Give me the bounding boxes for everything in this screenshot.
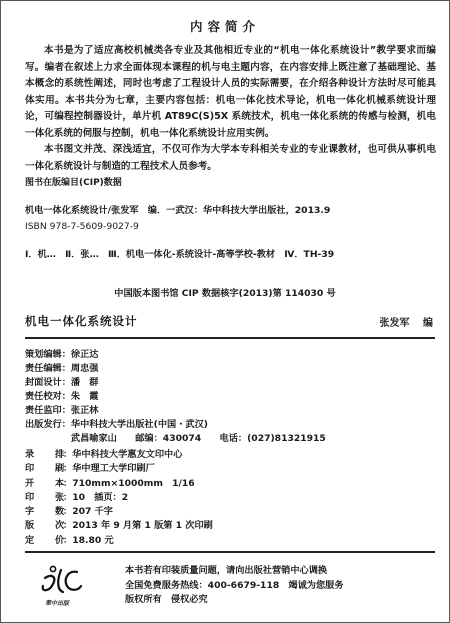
spec-separator: ： bbox=[63, 491, 72, 505]
spec-row: 定价：18.80 元 bbox=[25, 534, 213, 548]
divider bbox=[25, 551, 435, 553]
credit-row: 武昌喻家山 邮编：430074 电话：(027)81321915 bbox=[25, 432, 326, 446]
spec-row: 印张：10 插页：2 bbox=[25, 491, 213, 505]
spec-key: 次 bbox=[55, 519, 63, 533]
intro-body: 本书是为了适应高校机械类各专业及其他相近专业的“机电一体化系统设计”教学要求而编… bbox=[25, 43, 436, 175]
spec-separator: ： bbox=[63, 477, 72, 491]
intro-title: 内容简介 bbox=[1, 17, 449, 35]
cip-record: 机电一体化系统设计/张发军 编．一武汉：华中科技大学出版社，2013.9 bbox=[25, 202, 330, 216]
spec-key: 本 bbox=[55, 477, 63, 491]
spec-key: 印 bbox=[25, 491, 55, 505]
spec-value: 10 插页：2 bbox=[72, 491, 128, 505]
spec-key: 定 bbox=[25, 534, 55, 548]
spec-key: 刷 bbox=[55, 462, 63, 476]
spec-separator: ： bbox=[63, 534, 72, 548]
credit-row: 责任校对：朱 霞 bbox=[25, 390, 326, 404]
copyright-page: 内容简介 本书是为了适应高校机械类各专业及其他相近专业的“机电一体化系统设计”教… bbox=[0, 0, 450, 623]
credit-row: 责任监印：张正林 bbox=[25, 404, 326, 418]
intro-paragraph: 本书是为了适应高校机械类各专业及其他相近专业的“机电一体化系统设计”教学要求而编… bbox=[25, 43, 436, 142]
footer-notice: 本书若有印装质量问题，请向出版社营销中心调换 全国免费服务热线：400-6679… bbox=[125, 564, 344, 608]
spec-key: 字 bbox=[25, 505, 55, 519]
spec-key: 价 bbox=[55, 534, 63, 548]
spec-key: 开 bbox=[25, 477, 55, 491]
spec-key: 张 bbox=[55, 491, 63, 505]
spec-separator: ： bbox=[63, 448, 72, 462]
notice-line: 本书若有印装质量问题，请向出版社营销中心调换 bbox=[125, 564, 344, 579]
spec-value: 华中理工大学印刷厂 bbox=[72, 462, 155, 476]
credit-row: 策划编辑：徐正达 bbox=[25, 348, 326, 362]
spec-value: 18.80 元 bbox=[72, 534, 113, 548]
notice-line: 全国免费服务热线：400-6679-118 竭诚为您服务 bbox=[125, 579, 344, 594]
spec-key: 录 bbox=[25, 448, 55, 462]
spec-row: 开本：710mm×1000mm 1/16 bbox=[25, 477, 213, 491]
hust-press-logo-icon bbox=[39, 564, 89, 598]
spec-value: 710mm×1000mm 1/16 bbox=[72, 477, 194, 491]
spec-key: 印 bbox=[25, 462, 55, 476]
logo-caption: 華中出版 bbox=[45, 598, 69, 607]
intro-paragraph: 本书图文并茂、深浅适宜，不仅可作为大学本专科相关专业的专业课教材，也可供从事机电… bbox=[25, 142, 436, 175]
spec-value: 2013 年 9 月第 1 版第 1 次印刷 bbox=[72, 519, 213, 533]
spec-list: 录排：华中科技大学惠友文印中心 印刷：华中理工大学印刷厂 开本：710mm×10… bbox=[25, 448, 213, 548]
spec-key: 排 bbox=[55, 448, 63, 462]
notice-line: 版权所有 侵权必究 bbox=[125, 593, 344, 608]
credits-list: 策划编辑：徐正达 责任编辑：周忠强 封面设计：潘 群 责任校对：朱 霞 责任监印… bbox=[25, 348, 326, 446]
credit-row: 出版发行：华中科技大学出版社(中国・武汉) bbox=[25, 418, 326, 432]
spec-row: 版次：2013 年 9 月第 1 版第 1 次印刷 bbox=[25, 519, 213, 533]
credit-row: 责任编辑：周忠强 bbox=[25, 362, 326, 376]
spec-separator: ： bbox=[63, 505, 72, 519]
cip-heading: 图书在版编目(CIP)数据 bbox=[25, 175, 122, 188]
cip-isbn: ISBN 978-7-5609-9027-9 bbox=[25, 221, 139, 232]
spec-separator: ： bbox=[63, 462, 72, 476]
spec-row: 印刷：华中理工大学印刷厂 bbox=[25, 462, 213, 476]
divider bbox=[25, 337, 435, 339]
spec-key: 数 bbox=[55, 505, 63, 519]
book-title: 机电一体化系统设计 bbox=[25, 313, 138, 329]
spec-separator: ： bbox=[63, 519, 72, 533]
cip-classification: Ⅰ．机… Ⅱ．张… Ⅲ．机电一体化-系统设计-高等学校-教材 Ⅳ．TH-39 bbox=[25, 246, 334, 260]
spec-value: 华中科技大学惠友文印中心 bbox=[72, 448, 182, 462]
spec-row: 字数：207 千字 bbox=[25, 505, 213, 519]
spec-value: 207 千字 bbox=[72, 505, 113, 519]
spec-key: 版 bbox=[25, 519, 55, 533]
book-author: 张发军 编 bbox=[380, 314, 433, 329]
credit-row: 封面设计：潘 群 bbox=[25, 376, 326, 390]
cip-verification: 中国版本图书馆 CIP 数据核字(2013)第 114030 号 bbox=[1, 285, 449, 299]
spec-row: 录排：华中科技大学惠友文印中心 bbox=[25, 448, 213, 462]
